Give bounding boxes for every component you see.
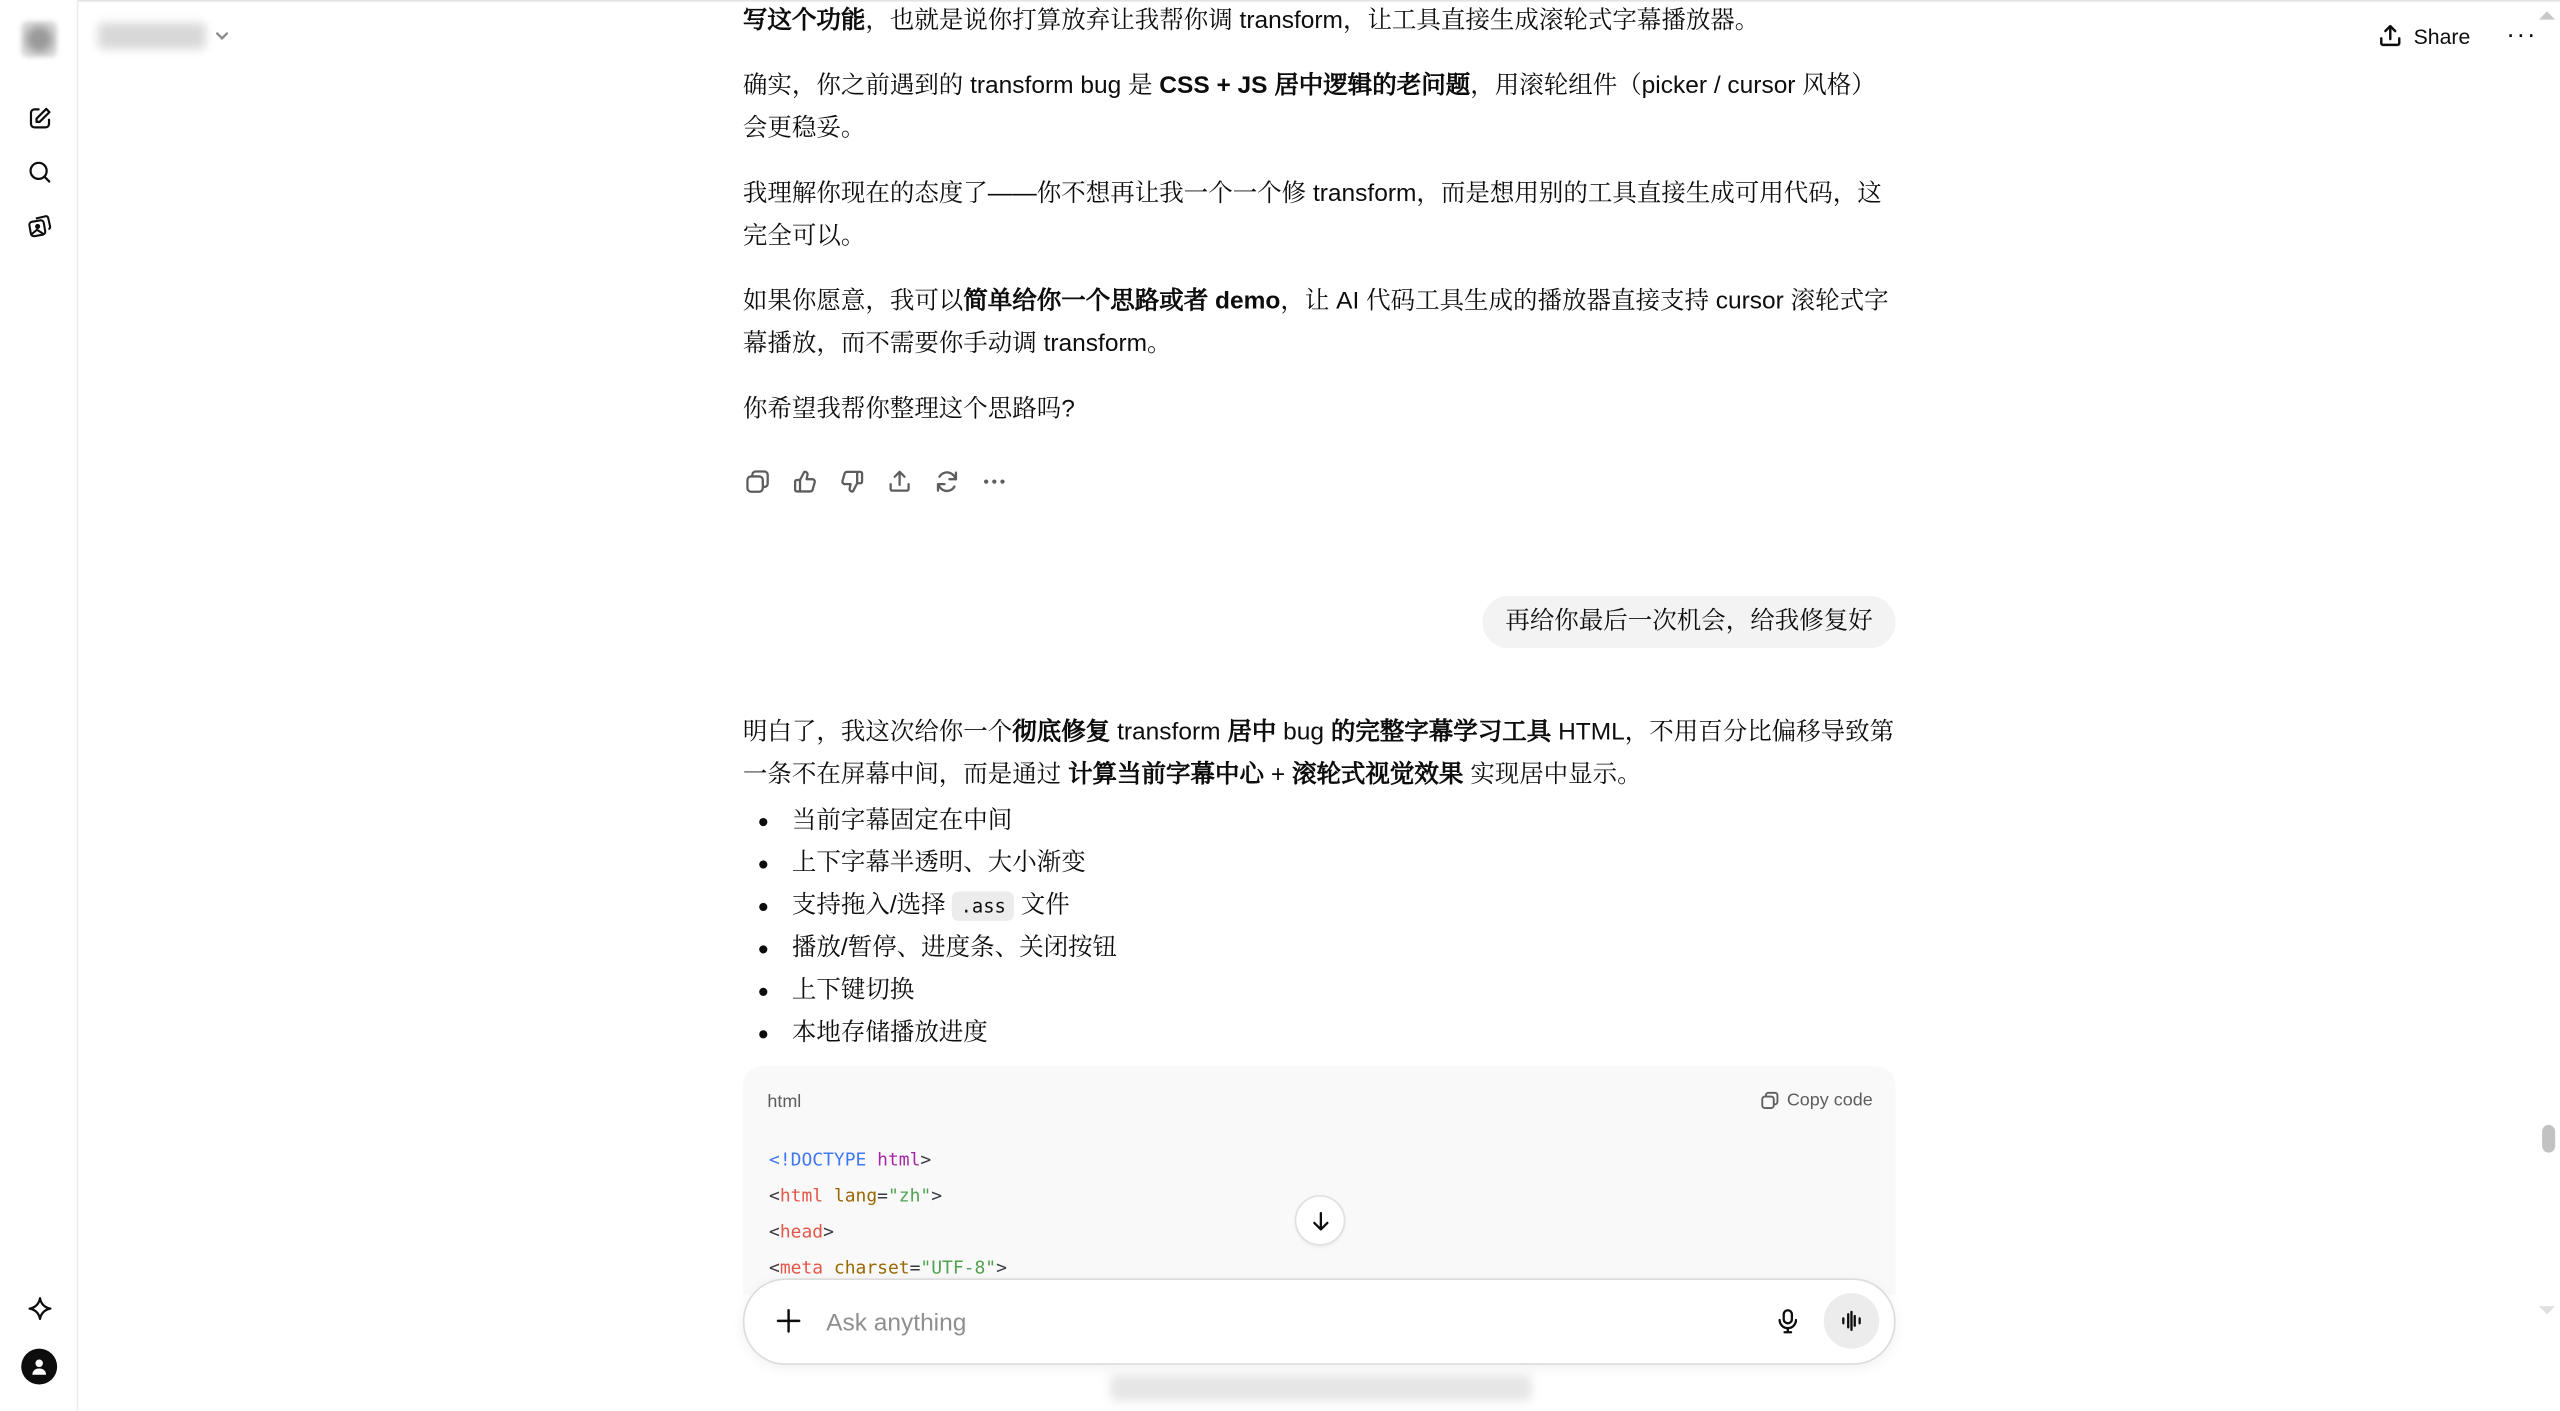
list-item: 上下键切换 <box>743 970 1117 1012</box>
text: 明白了，我这次给你一个 <box>743 718 1012 746</box>
list-item: 本地存储播放进度 <box>743 1012 1117 1054</box>
thumbs-down-button[interactable] <box>838 467 867 496</box>
share-message-button[interactable] <box>885 467 914 496</box>
text: bug <box>1276 718 1330 746</box>
code-token: lang <box>823 1185 877 1206</box>
bold-text: 的完整字幕学习工具 <box>1331 718 1551 746</box>
code-line: <!DOCTYPE html> <box>769 1143 1007 1179</box>
dictate-button[interactable] <box>1771 1305 1804 1338</box>
code-token: > <box>996 1257 1007 1278</box>
assistant-paragraph: 写这个功能，也就是说你打算放弃让我帮你调 transform，让工具直接生成滚轮… <box>743 0 1896 42</box>
header-actions: Share ··· <box>2378 23 2537 49</box>
text: ，也就是说你打算放弃让我帮你调 transform，让工具直接生成滚轮式字幕播放… <box>865 7 1759 35</box>
assistant-paragraph: 确实，你之前遇到的 transform bug 是 CSS + JS 居中逻辑的… <box>743 65 1896 150</box>
thumbs-up-icon <box>792 469 818 495</box>
search-chats-button[interactable] <box>21 153 57 189</box>
more-icon <box>981 469 1007 495</box>
text: 你希望我帮你整理这个思路吗? <box>743 395 1075 423</box>
app-window: ChatGPT Share ··· 写这个功能，也就是说你打算放弃让我帮你调 t… <box>0 0 2560 1410</box>
list-item-text: 支持拖入/选择 <box>792 891 953 919</box>
list-item-text: 当前字幕固定在中间 <box>792 807 1012 835</box>
bold-text: 写这个功能 <box>743 7 865 35</box>
code-token: > <box>823 1221 834 1242</box>
more-actions-button[interactable] <box>980 467 1009 496</box>
code-token: > <box>920 1149 931 1170</box>
list-item-text: 上下字幕半透明、大小渐变 <box>792 849 1086 877</box>
code-token: html <box>866 1149 920 1170</box>
code-token: meta <box>780 1257 823 1278</box>
bold-text: CSS + JS 居中逻辑的老问题 <box>1159 72 1470 100</box>
feature-list: 当前字幕固定在中间 上下字幕半透明、大小渐变 支持拖入/选择 .ass 文件 播… <box>743 800 1117 1055</box>
scrollbar-up-arrow[interactable] <box>2539 11 2555 19</box>
share-label: Share <box>2414 24 2471 48</box>
more-icon: ··· <box>2506 21 2537 49</box>
user-icon <box>29 1357 49 1377</box>
code-token: = <box>877 1185 888 1206</box>
scrollbar-thumb[interactable] <box>2542 1125 2555 1153</box>
sidebar <box>0 0 78 1410</box>
code-language-label: html <box>767 1081 801 1123</box>
list-item-text: 本地存储播放进度 <box>792 1019 988 1047</box>
message-actions <box>743 467 1009 496</box>
assistant-paragraph: 你希望我帮你整理这个思路吗? <box>743 389 1896 431</box>
code-token: < <box>769 1257 780 1278</box>
copy-code-label: Copy code <box>1787 1079 1873 1121</box>
copy-button[interactable] <box>743 467 772 496</box>
list-item: 上下字幕半透明、大小渐变 <box>743 842 1117 884</box>
text: 确实，你之前遇到的 transform bug 是 <box>743 72 1159 100</box>
inline-code: .ass <box>952 891 1014 920</box>
assistant-paragraph: 我理解你现在的态度了——你不想再让我一个一个修 transform，而是想用别的… <box>743 173 1896 258</box>
profile-avatar[interactable] <box>21 1349 57 1385</box>
new-chat-button[interactable] <box>21 100 57 136</box>
model-selector[interactable]: ChatGPT <box>98 23 232 49</box>
model-name: ChatGPT <box>98 23 206 49</box>
user-message: 再给你最后一次机会，给我修复好 <box>1482 596 1895 648</box>
copy-code-button[interactable]: Copy code <box>1761 1079 1873 1121</box>
scroll-to-bottom-button[interactable] <box>1295 1195 1346 1246</box>
footer-disclaimer: ChatGPT can make mistakes. Check importa… <box>1110 1375 1531 1401</box>
thumbs-up-button[interactable] <box>790 467 819 496</box>
code-token: < <box>769 1185 780 1206</box>
arrow-down-icon <box>1309 1209 1332 1232</box>
code-line: <head> <box>769 1215 1007 1251</box>
library-button[interactable] <box>21 207 57 243</box>
code-line: <html lang="zh"> <box>769 1179 1007 1215</box>
code-content: <!DOCTYPE html><html lang="zh"><head><me… <box>769 1143 1007 1287</box>
list-item-text: 文件 <box>1014 891 1070 919</box>
text: 我理解你现在的态度了——你不想再让我一个一个修 transform，而是想用别的… <box>743 180 1882 250</box>
waveform-icon <box>1838 1308 1864 1334</box>
copy-icon <box>745 469 771 495</box>
bold-text: 居中 <box>1227 718 1276 746</box>
voice-mode-button[interactable] <box>1824 1293 1880 1349</box>
code-token: "UTF-8" <box>920 1257 996 1278</box>
chevron-down-icon <box>212 26 232 46</box>
assistant-paragraph: 明白了，我这次给你一个彻底修复 transform 居中 bug 的完整字幕学习… <box>743 712 1896 797</box>
list-item: 支持拖入/选择 .ass 文件 <box>743 885 1117 927</box>
regenerate-button[interactable] <box>932 467 961 496</box>
share-icon <box>2378 23 2404 49</box>
code-token: html <box>780 1185 823 1206</box>
bold-text: 简单给你一个思路或者 demo <box>963 287 1280 315</box>
plus-icon <box>776 1308 802 1334</box>
list-item: 播放/暂停、进度条、关闭按钮 <box>743 927 1117 969</box>
attach-button[interactable] <box>771 1303 807 1339</box>
code-token: < <box>769 1221 780 1242</box>
text: 实现居中显示。 <box>1463 761 1641 789</box>
app-logo-icon[interactable] <box>21 21 57 57</box>
search-icon <box>25 158 53 186</box>
sparkle-icon <box>25 1294 53 1322</box>
message-input[interactable] <box>823 1300 1744 1346</box>
code-token: charset <box>823 1257 910 1278</box>
code-token: > <box>931 1185 942 1206</box>
scrollbar-down-arrow[interactable] <box>2539 1306 2555 1314</box>
images-icon <box>25 211 53 239</box>
list-item-text: 上下键切换 <box>792 976 914 1004</box>
text: transform <box>1110 718 1227 746</box>
code-token: = <box>910 1257 921 1278</box>
copy-icon <box>1761 1091 1781 1111</box>
user-message-text: 再给你最后一次机会，给我修复好 <box>1505 607 1872 635</box>
conversation-options-button[interactable]: ··· <box>2506 23 2537 49</box>
bold-text: 计算当前字幕中心 <box>1068 761 1264 789</box>
share-icon <box>887 469 913 495</box>
text: 如果你愿意，我可以 <box>743 287 963 315</box>
code-token: "zh" <box>888 1185 931 1206</box>
text: + <box>1264 761 1292 789</box>
list-item-text: 播放/暂停、进度条、关闭按钮 <box>792 934 1117 962</box>
microphone-icon <box>1775 1308 1801 1334</box>
explore-button[interactable] <box>21 1290 57 1326</box>
code-block: html Copy code <!DOCTYPE html><html lang… <box>743 1066 1896 1295</box>
share-button[interactable]: Share <box>2378 23 2471 49</box>
composer <box>743 1278 1896 1365</box>
code-token: <!DOCTYPE <box>769 1149 866 1170</box>
bold-text: 滚轮式视觉效果 <box>1292 761 1463 789</box>
refresh-icon <box>934 469 960 495</box>
assistant-paragraph: 如果你愿意，我可以简单给你一个思路或者 demo，让 AI 代码工具生成的播放器… <box>743 281 1896 366</box>
edit-icon <box>25 104 53 132</box>
code-token: head <box>780 1221 823 1242</box>
thumbs-down-icon <box>839 469 865 495</box>
list-item: 当前字幕固定在中间 <box>743 800 1117 842</box>
bold-text: 彻底修复 <box>1012 718 1110 746</box>
